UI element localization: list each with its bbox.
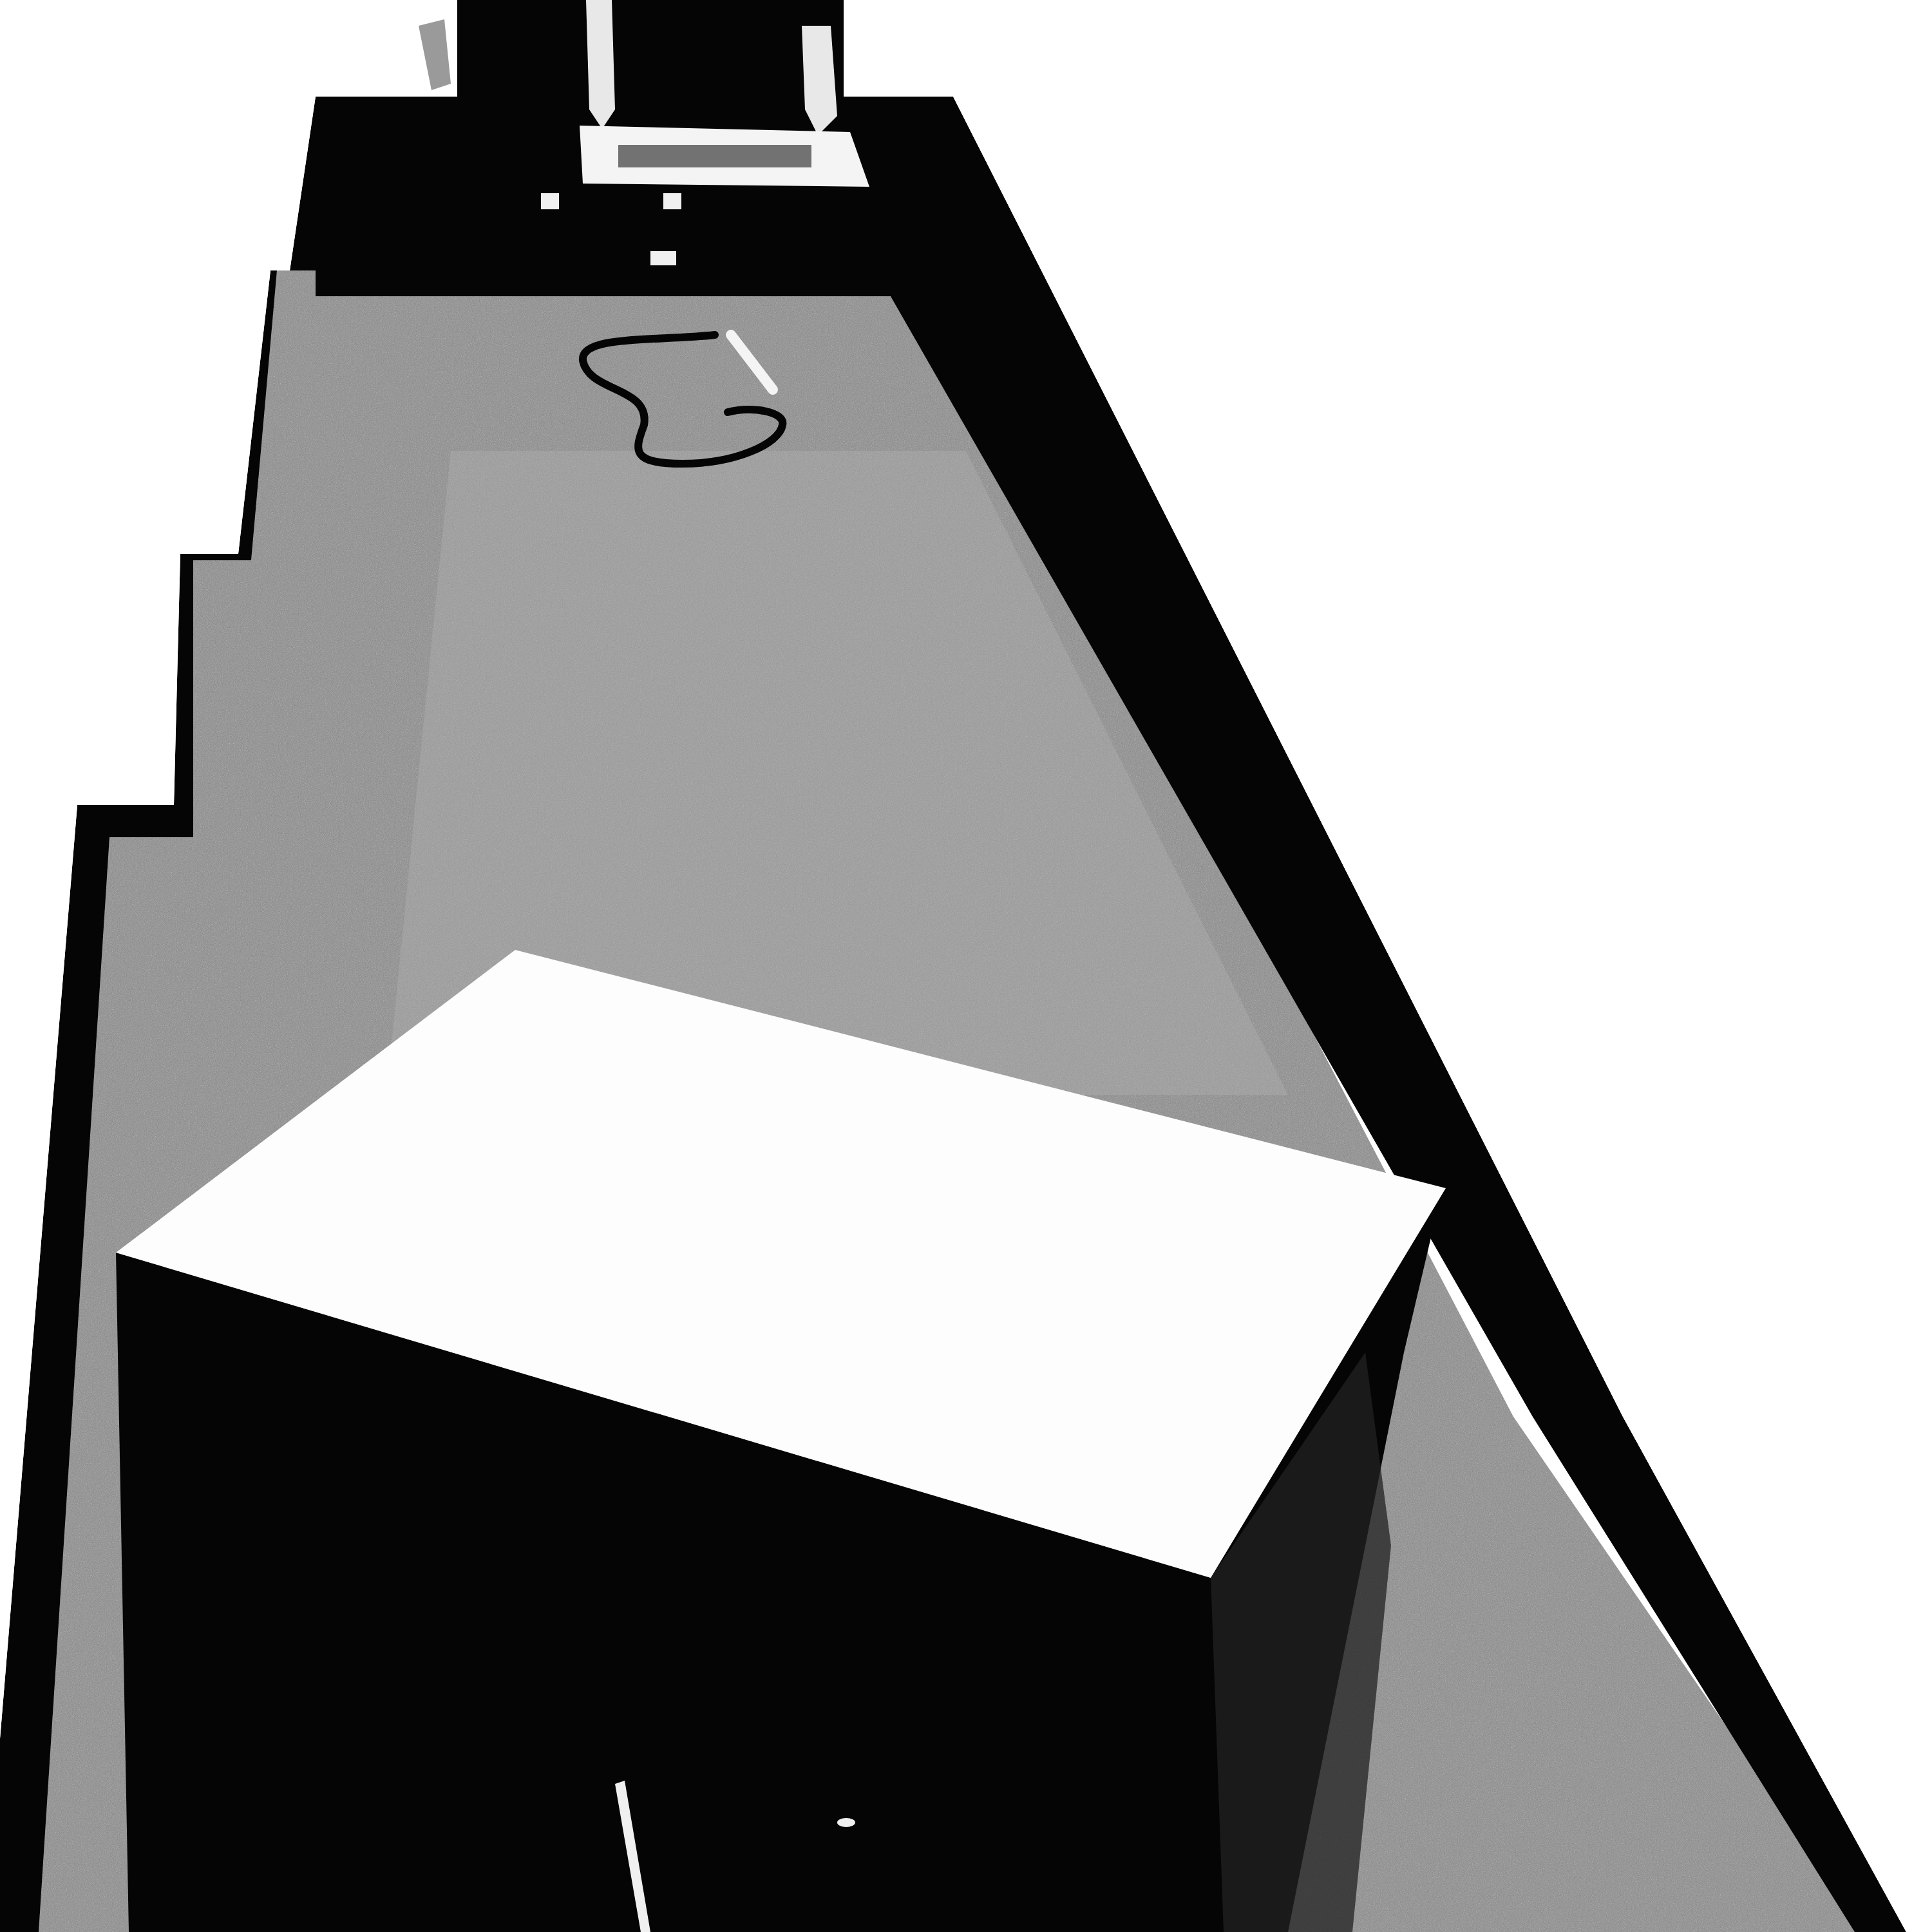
photo-scene xyxy=(0,0,1932,1932)
box-front-light-dot xyxy=(837,1818,855,1827)
device-indicator xyxy=(650,251,676,265)
device-foot-right xyxy=(663,193,681,209)
person-left-arm xyxy=(586,0,615,129)
person-body xyxy=(457,0,844,148)
device-controls xyxy=(618,145,811,167)
device-foot-left xyxy=(541,193,559,209)
person xyxy=(419,0,844,148)
